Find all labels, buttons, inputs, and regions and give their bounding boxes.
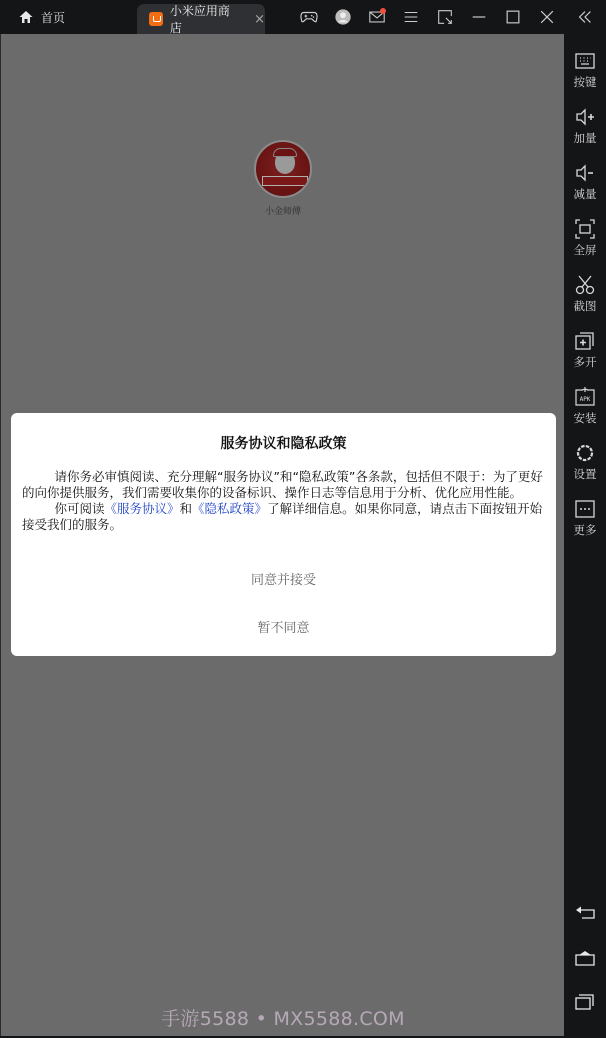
avatar (254, 140, 312, 198)
fullscreen-icon (574, 218, 596, 240)
mi-store-icon (149, 12, 163, 26)
gamepad-icon (300, 8, 318, 26)
sidebar-item-more[interactable]: 更多 (564, 498, 606, 538)
sidebar-item-install-apk[interactable]: APK 安装 (564, 386, 606, 426)
watermark: 手游5588 • MX5588.COM (1, 1004, 565, 1031)
emulator-sidebar: 按键 加量 减量 全屏 截图 多开 APK 安装 设置 (564, 34, 606, 1038)
recent-apps-icon (574, 990, 596, 1012)
sidebar-item-label: 截图 (574, 299, 597, 313)
emulator-window: 首页 小米应用商店 × (0, 0, 606, 1038)
notification-badge (380, 8, 386, 14)
sidebar-item-label: 加量 (574, 131, 597, 145)
keyboard-icon (574, 50, 596, 72)
back-icon (574, 902, 596, 924)
close-button[interactable] (530, 0, 564, 34)
sidebar-item-label: 更多 (574, 523, 597, 537)
decline-button[interactable]: 暂不同意 (11, 617, 556, 636)
sidebar-item-keymap[interactable]: 按键 (564, 50, 606, 90)
title-bar: 首页 小米应用商店 × (0, 0, 606, 34)
nav-home-button[interactable] (564, 946, 606, 970)
gamepad-button[interactable] (292, 0, 326, 34)
sidebar-item-fullscreen[interactable]: 全屏 (564, 218, 606, 258)
more-icon (574, 498, 596, 520)
dialog-body: 请你务必审慎阅读、充分理解“服务协议”和“隐私政策”各条款，包括但不限于：为了更… (22, 469, 546, 533)
minimize-button[interactable] (462, 0, 496, 34)
nav-back-button[interactable] (564, 902, 606, 926)
home-icon (18, 9, 34, 25)
sidebar-item-screenshot[interactable]: 截图 (564, 274, 606, 314)
sidebar-item-volume-up[interactable]: 加量 (564, 106, 606, 146)
sidebar-item-label: 安装 (574, 411, 597, 425)
service-agreement-link[interactable]: 《服务协议》 (105, 501, 180, 516)
collapse-sidebar-icon (576, 8, 594, 26)
nav-recent-apps-button[interactable] (564, 990, 606, 1014)
tab-mi-store[interactable]: 小米应用商店 × (137, 4, 265, 34)
volume-up-icon (574, 106, 596, 128)
apk-install-icon: APK (574, 386, 596, 408)
dialog-paragraph-1: 请你务必审慎阅读、充分理解“服务协议”和“隐私政策”各条款，包括但不限于：为了更… (22, 469, 546, 501)
privacy-dialog: 服务协议和隐私政策 请你务必审慎阅读、充分理解“服务协议”和“隐私政策”各条款，… (11, 413, 556, 656)
maximize-icon (504, 8, 522, 26)
collapse-sidebar-button[interactable] (564, 0, 606, 34)
sidebar-item-label: 设置 (574, 467, 597, 481)
maximize-button[interactable] (496, 0, 530, 34)
tab-home-label: 首页 (41, 9, 65, 26)
paragraph-2-and: 和 (180, 501, 193, 516)
dialog-paragraph-2: 你可阅读《服务协议》和《隐私政策》了解详细信息。如果你同意，请点击下面按钮开始接… (22, 501, 546, 533)
multi-instance-icon (574, 330, 596, 352)
sidebar-item-settings[interactable]: 设置 (564, 442, 606, 482)
scissors-icon (574, 274, 596, 296)
menu-icon (402, 8, 420, 26)
sidebar-item-label: 减量 (574, 187, 597, 201)
resize-button[interactable] (428, 0, 462, 34)
tab-close-icon[interactable]: × (254, 12, 265, 27)
mail-button[interactable] (360, 0, 394, 34)
minimize-icon (470, 8, 488, 26)
user-avatar-icon (334, 8, 352, 26)
home-nav-icon (574, 946, 596, 968)
svg-text:APK: APK (580, 396, 591, 403)
user-button[interactable] (326, 0, 360, 34)
sidebar-item-label: 多开 (574, 355, 597, 369)
tab-mi-store-label: 小米应用商店 (170, 2, 241, 36)
gear-icon (574, 442, 596, 464)
resize-icon (436, 8, 454, 26)
sidebar-item-volume-down[interactable]: 减量 (564, 162, 606, 202)
menu-button[interactable] (394, 0, 428, 34)
sidebar-item-multi-instance[interactable]: 多开 (564, 330, 606, 370)
close-icon (538, 8, 556, 26)
volume-down-icon (574, 162, 596, 184)
dialog-title: 服务协议和隐私政策 (11, 433, 556, 453)
android-screen: 小金师傅 服务协议和隐私政策 请你务必审慎阅读、充分理解“服务协议”和“隐私政策… (0, 34, 564, 1036)
paragraph-2-prefix: 你可阅读 (55, 501, 105, 516)
sidebar-item-label: 按键 (574, 75, 597, 89)
privacy-policy-link[interactable]: 《隐私政策》 (192, 501, 267, 516)
agree-button[interactable]: 同意并接受 (11, 569, 556, 588)
profile-name: 小金师傅 (253, 204, 313, 217)
app-profile: 小金师傅 (253, 140, 313, 217)
tab-home[interactable]: 首页 (18, 0, 65, 34)
sidebar-item-label: 全屏 (574, 243, 597, 257)
